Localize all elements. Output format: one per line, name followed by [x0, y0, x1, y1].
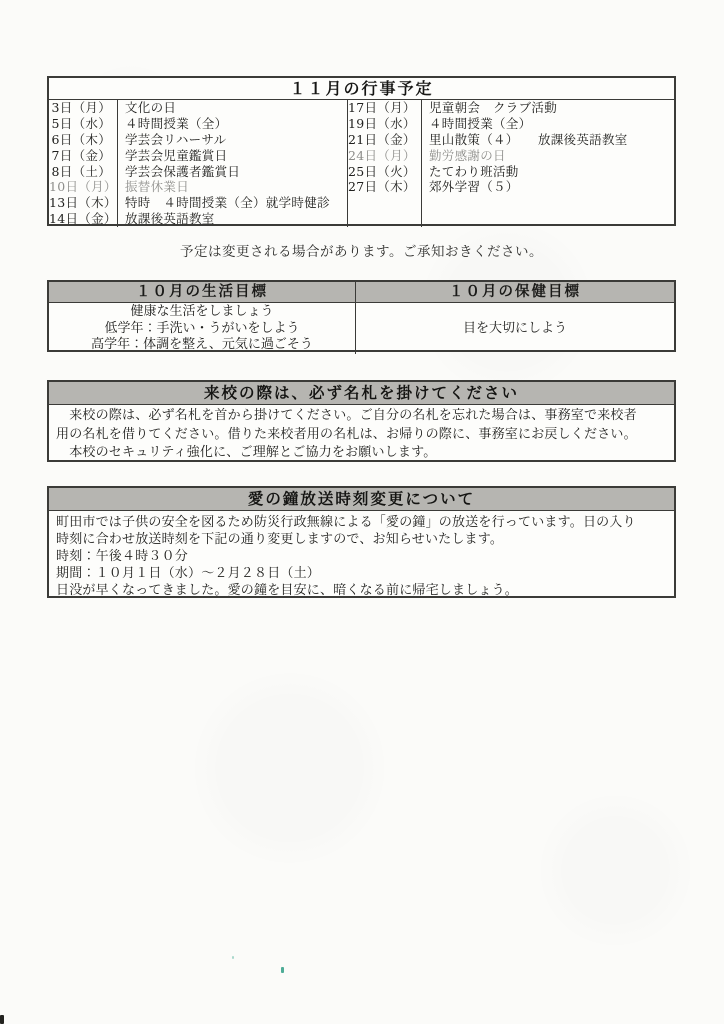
bell-line-time: 時刻：午後４時３０分 — [56, 548, 667, 565]
health-goal-header: １０月の保健目標 — [355, 282, 674, 303]
empty-cell — [347, 195, 421, 211]
life-goal-line: 健康な生活をしましょう — [49, 304, 355, 321]
life-goal-body: 健康な生活をしましょう 低学年：手洗い・うがいをしよう 高学年：体調を整え、元気… — [49, 303, 355, 354]
schedule-event-holiday: 勤労感謝の日 — [421, 148, 674, 164]
schedule-event-holiday: 振替休業日 — [117, 179, 347, 195]
schedule-date: 7日（金） — [49, 148, 117, 164]
health-goal-body: 目を大切にしよう — [355, 303, 674, 354]
bell-notice-title: 愛の鐘放送時刻変更について — [49, 488, 674, 511]
schedule-date-holiday: 10日（月） — [49, 179, 117, 195]
schedule-event: 放課後英語教室 — [117, 211, 347, 227]
schedule-event: 文化の日 — [117, 100, 347, 116]
schedule-date: 27日（木） — [347, 179, 421, 195]
schedule-date: 17日（月） — [347, 100, 421, 116]
schedule-date-holiday: 24日（月） — [347, 148, 421, 164]
empty-cell — [347, 211, 421, 227]
life-goal-line: 高学年：体調を整え、元気に過ごそう — [49, 337, 355, 354]
life-goal-header: １０月の生活目標 — [49, 282, 355, 303]
nametag-notice-body: 来校の際は、必ず名札を首から掛けてください。ご自分の名札を忘れた場合は、事務室で… — [49, 405, 674, 463]
schedule-date: 19日（水） — [347, 116, 421, 132]
nametag-notice-box: 来校の際は、必ず名札を掛けてください 来校の際は、必ず名札を首から掛けてください… — [47, 380, 676, 462]
schedule-event: 学芸会児童鑑賞日 — [117, 148, 347, 164]
schedule-event: ４時間授業（全） — [421, 116, 674, 132]
schedule-event: 学芸会リハーサル — [117, 132, 347, 148]
schedule-date: 6日（木） — [49, 132, 117, 148]
life-goal-line: 低学年：手洗い・うがいをしよう — [49, 321, 355, 338]
scan-corner-mark — [0, 1015, 4, 1024]
schedule-event: 特時 ４時間授業（全）就学時健診 — [117, 195, 347, 211]
nametag-line: 用の名札を借りてください。借りた来校者用の名札は、お帰りの際に、事務室にお戻しく… — [56, 426, 667, 445]
scan-speck — [281, 967, 284, 973]
bell-notice-body: 町田市では子供の安全を図るため防災行政無線による「愛の鐘」の放送を行っています。… — [49, 511, 674, 599]
schedule-event: 児童朝会 クラブ活動 — [421, 100, 674, 116]
health-goal-line: 目を大切にしよう — [463, 321, 567, 338]
october-goals-table: １０月の生活目標 １０月の保健目標 健康な生活をしましょう 低学年：手洗い・うが… — [47, 280, 676, 352]
schedule-event: ４時間授業（全） — [117, 116, 347, 132]
schedule-grid: 3日（月） 文化の日 17日（月） 児童朝会 クラブ活動 5日（水） ４時間授業… — [49, 100, 674, 227]
bell-notice-box: 愛の鐘放送時刻変更について 町田市では子供の安全を図るため防災行政無線による「愛… — [47, 486, 676, 598]
empty-cell — [421, 211, 674, 227]
schedule-date: 25日（火） — [347, 164, 421, 180]
schedule-event: 里山散策（４） 放課後英語教室 — [421, 132, 674, 148]
schedule-change-note: 予定は変更される場合があります。ご承知おきください。 — [47, 240, 676, 260]
nametag-line: 来校の際は、必ず名札を首から掛けてください。ご自分の名札を忘れた場合は、事務室で… — [56, 407, 667, 426]
nametag-line: 本校のセキュリティ強化に、ご理解とご協力をお願いします。 — [56, 444, 667, 463]
schedule-title: １１月の行事予定 — [49, 78, 674, 100]
bell-line: 町田市では子供の安全を図るため防災行政無線による「愛の鐘」の放送を行っています。… — [56, 514, 667, 531]
schedule-date: 14日（金） — [49, 211, 117, 227]
schedule-event: 学芸会保護者鑑賞日 — [117, 164, 347, 180]
schedule-event: 郊外学習（５） — [421, 179, 674, 195]
schedule-date: 8日（土） — [49, 164, 117, 180]
bell-line: 日没が早くなってきました。愛の鐘を目安に、暗くなる前に帰宅しましょう。 — [56, 582, 667, 599]
scan-speck — [232, 956, 234, 959]
bell-line-period: 期間：１０月１日（水）～２月２８日（土） — [56, 565, 667, 582]
empty-cell — [421, 195, 674, 211]
bell-line: 時刻に合わせ放送時刻を下記の通り変更しますので、お知らせいたします。 — [56, 531, 667, 548]
schedule-date: 13日（木） — [49, 195, 117, 211]
november-schedule-table: １１月の行事予定 3日（月） 文化の日 17日（月） 児童朝会 クラブ活動 5日… — [47, 76, 676, 226]
schedule-date: 5日（水） — [49, 116, 117, 132]
nametag-notice-title: 来校の際は、必ず名札を掛けてください — [49, 382, 674, 405]
schedule-event: たてわり班活動 — [421, 164, 674, 180]
schedule-date: 3日（月） — [49, 100, 117, 116]
schedule-date: 21日（金） — [347, 132, 421, 148]
